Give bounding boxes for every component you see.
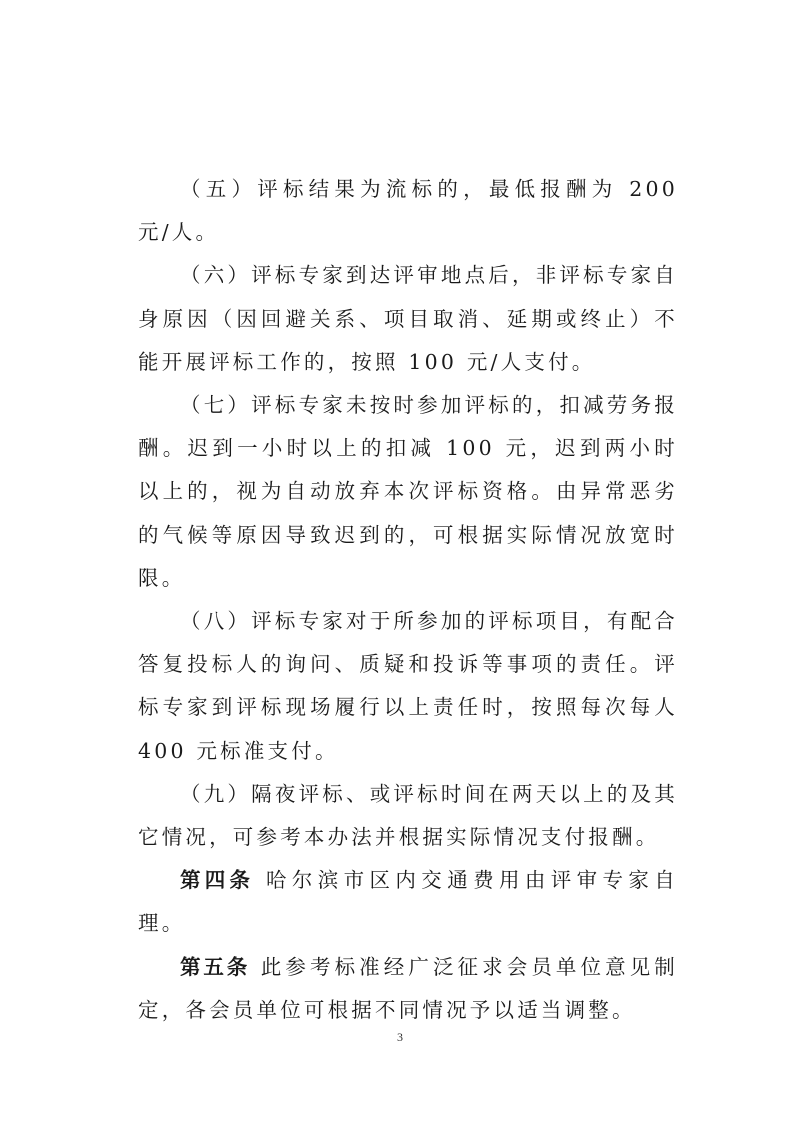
document-page: （五）评标结果为流标的，最低报酬为 200 元/人。 （六）评标专家到达评审地点… — [0, 0, 800, 1130]
paragraph-item-5: （五）评标结果为流标的，最低报酬为 200 元/人。 — [138, 168, 678, 254]
paragraph-text: （六）评标专家到达评审地点后，非评标专家自身原因（因回避关系、项目取消、延期或终… — [138, 263, 678, 373]
paragraph-text: （八）评标专家对于所参加的评标项目，有配合答复投标人的询问、质疑和投诉等事项的责… — [138, 609, 678, 763]
paragraph-item-7: （七）评标专家未按时参加评标的，扣减劳务报酬。迟到一小时以上的扣减 100 元，… — [138, 384, 678, 600]
article-4: 第四条 哈尔滨市区内交通费用由评审专家自理。 — [138, 859, 678, 945]
page-number: 3 — [0, 1030, 800, 1045]
paragraph-item-8: （八）评标专家对于所参加的评标项目，有配合答复投标人的询问、质疑和投诉等事项的责… — [138, 600, 678, 773]
paragraph-text: （五）评标结果为流标的，最低报酬为 200 元/人。 — [138, 177, 678, 244]
document-body: （五）评标结果为流标的，最低报酬为 200 元/人。 （六）评标专家到达评审地点… — [138, 168, 678, 1032]
article-heading: 第五条 — [180, 955, 250, 979]
paragraph-item-6: （六）评标专家到达评审地点后，非评标专家自身原因（因回避关系、项目取消、延期或终… — [138, 254, 678, 384]
article-5: 第五条 此参考标准经广泛征求会员单位意见制定，各会员单位可根据不同情况予以适当调… — [138, 946, 678, 1032]
paragraph-text: （九）隔夜评标、或评标时间在两天以上的及其它情况，可参考本办法并根据实际情况支付… — [138, 782, 678, 849]
paragraph-item-9: （九）隔夜评标、或评标时间在两天以上的及其它情况，可参考本办法并根据实际情况支付… — [138, 773, 678, 859]
paragraph-text: （七）评标专家未按时参加评标的，扣减劳务报酬。迟到一小时以上的扣减 100 元，… — [138, 393, 678, 590]
article-heading: 第四条 — [180, 868, 254, 892]
